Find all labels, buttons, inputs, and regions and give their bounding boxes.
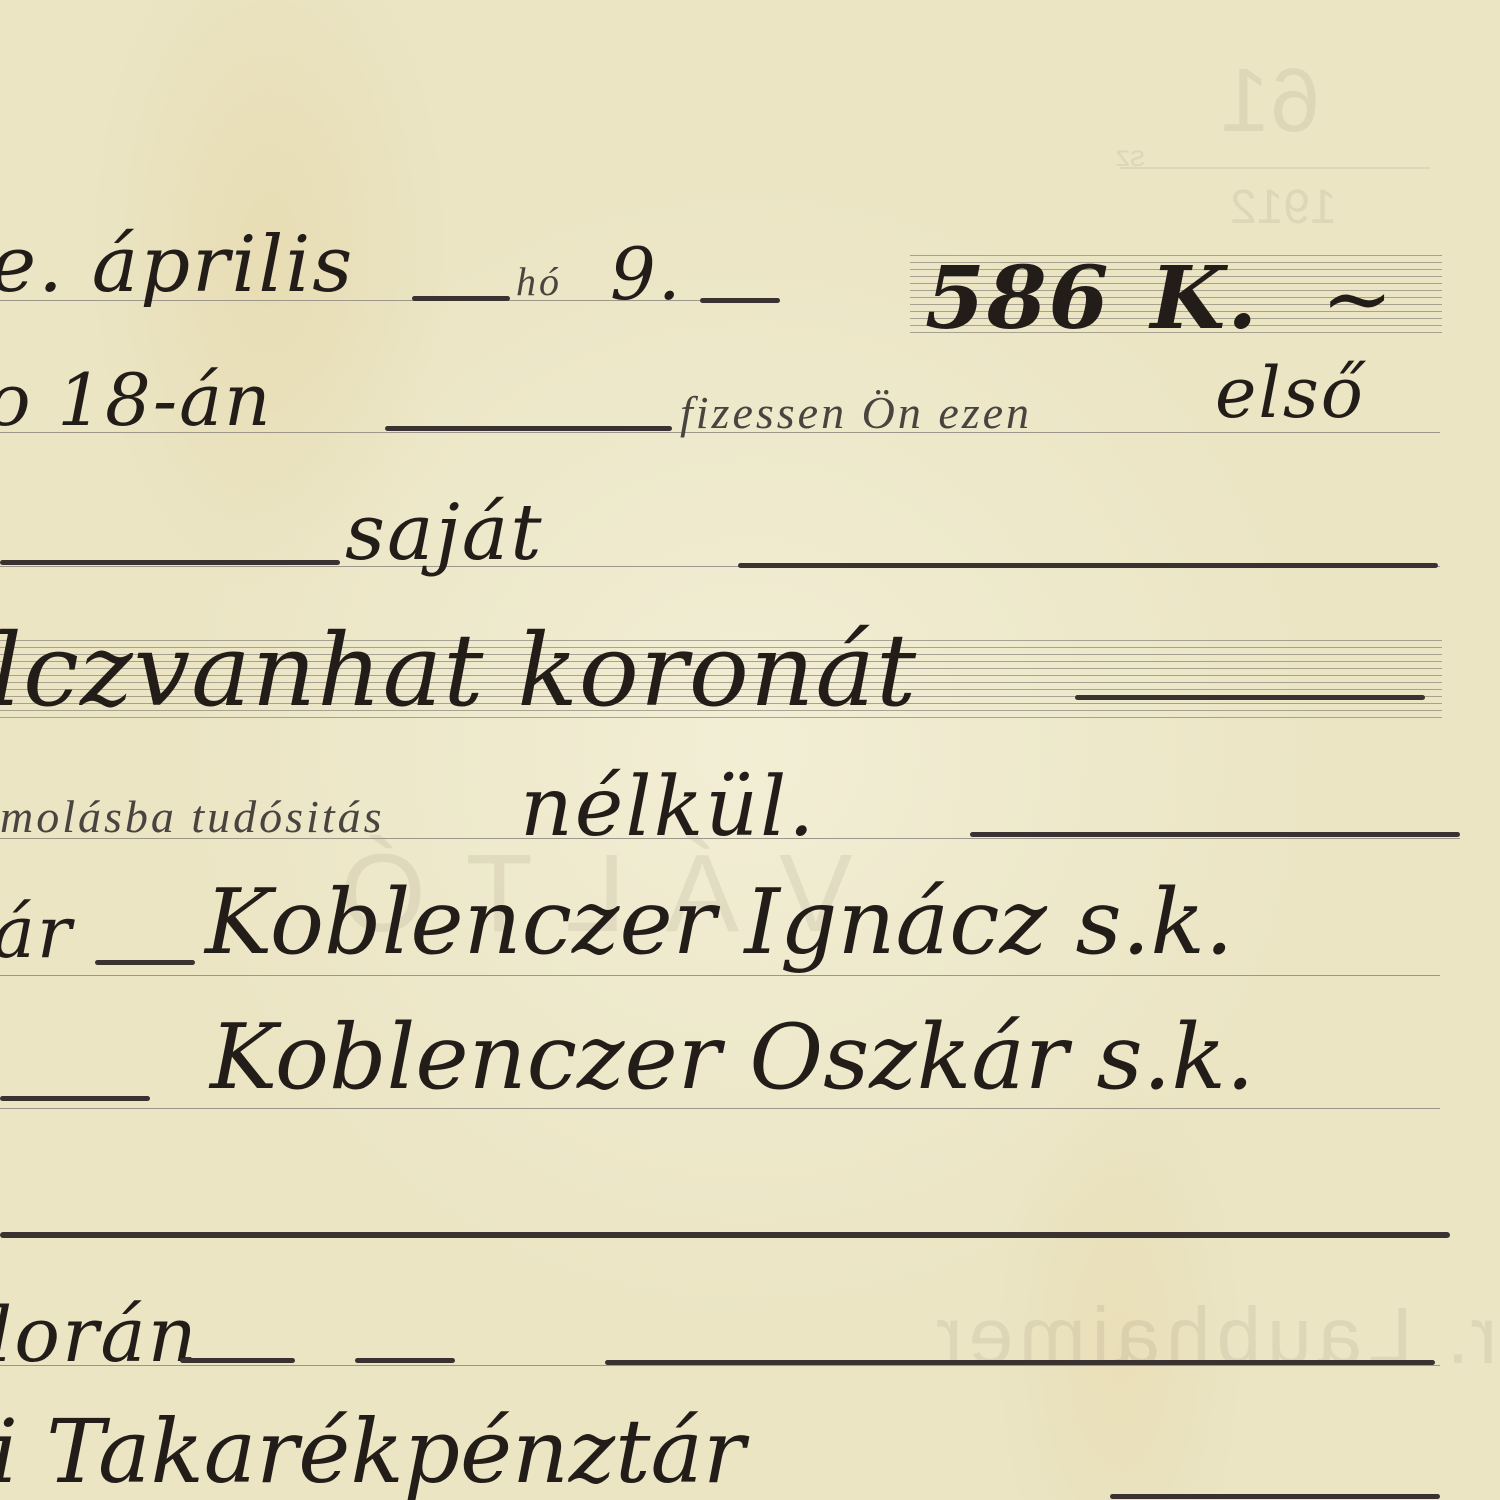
loran-handwritten: lorán	[0, 1290, 199, 1379]
filler-stroke	[700, 298, 780, 303]
amount-value: 586 K. ~	[925, 248, 1395, 349]
filler-stroke	[0, 1096, 150, 1101]
filler-stroke	[412, 296, 510, 301]
signature-1: Koblenczer Ignácz s.k.	[205, 870, 1234, 975]
row9-baseline	[0, 1365, 1440, 1366]
amount-number: 586	[925, 248, 1111, 349]
nelkul-handwritten: nélkül.	[520, 760, 816, 855]
printed-notice-text: molásba tudósitás	[0, 790, 385, 843]
filler-stroke	[355, 1358, 455, 1363]
label-month: hó	[516, 258, 562, 305]
filler-stroke	[95, 960, 195, 965]
bleed-through-year: 1912	[1230, 180, 1337, 235]
filler-stroke	[1075, 695, 1425, 700]
saját-handwritten: saját	[345, 488, 544, 578]
filler-stroke	[180, 1358, 295, 1363]
filler-stroke	[0, 560, 340, 565]
bleed-through-bottom: és Dr. Laubhaimer	[930, 1290, 1500, 1382]
signature-prefix: ár	[0, 890, 73, 974]
amount-currency: K.	[1150, 248, 1259, 349]
bleed-through-number: 61	[1220, 50, 1320, 153]
amount-trail: ~	[1321, 249, 1395, 349]
day-handwritten: 9.	[610, 232, 683, 316]
filler-stroke	[385, 426, 672, 431]
filler-stroke	[0, 1232, 1450, 1238]
printed-pay-text: fizessen Ön ezen	[680, 386, 1032, 439]
month-handwritten: e. április	[0, 220, 354, 310]
filler-stroke	[1110, 1494, 1440, 1499]
year-handwritten: ɔ 18-án	[0, 358, 272, 442]
ordinal-handwritten: első	[1215, 352, 1365, 434]
filler-stroke	[605, 1360, 1435, 1365]
filler-stroke	[970, 832, 1460, 837]
amount-words-handwritten: lczvanhat koronát	[0, 612, 917, 729]
bleed-through-rule	[1120, 167, 1430, 169]
row6-baseline	[0, 975, 1440, 976]
filler-stroke	[738, 563, 1438, 568]
signature-2: Koblenczer Oszkár s.k.	[210, 1005, 1255, 1110]
bank-name-handwritten: i Takarékpénztár	[0, 1400, 745, 1500]
